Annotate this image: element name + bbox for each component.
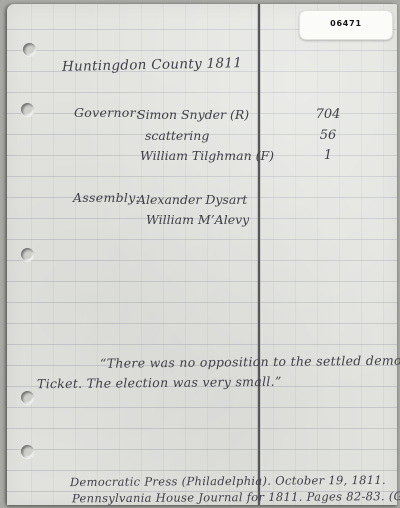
quote-line-1: “There was no opposition to the settled … — [100, 352, 400, 371]
punch-hole — [21, 445, 34, 458]
candidate-name: scattering — [145, 126, 274, 147]
punch-hole — [21, 103, 34, 116]
punch-hole — [23, 43, 36, 56]
catalog-sticker: 06471 — [299, 10, 393, 40]
scan-background: 06471 Huntingdon County 1811 Governor: S… — [0, 0, 400, 508]
governor-candidates: Simon Snyder (R) scattering William Tilg… — [137, 105, 274, 167]
assembly-members: Alexander Dysart William M’Alevy — [137, 190, 249, 229]
vote-count: 1 — [308, 146, 348, 167]
citation-source-2: Pennsylvania House Journal for 1811. Pag… — [72, 489, 400, 506]
governor-vote-counts: 704 56 1 — [308, 105, 348, 167]
vote-count: 704 — [308, 105, 348, 126]
candidate-name: Simon Snyder (R) — [137, 105, 274, 126]
member-name: William M’Alevy — [146, 210, 249, 230]
citation-source-1: Democratic Press (Philadelphia). October… — [70, 473, 386, 489]
candidate-name: William Tilghman (F) — [140, 146, 274, 167]
governor-label: Governor: — [74, 105, 140, 120]
vote-count: 56 — [308, 126, 348, 147]
punch-hole — [21, 391, 34, 404]
notebook-page: 06471 Huntingdon County 1811 Governor: S… — [7, 4, 397, 505]
page-title: Huntingdon County 1811 — [62, 55, 242, 75]
quote-line-2: Ticket. The election was very small.” — [37, 374, 282, 392]
member-name: Alexander Dysart — [137, 190, 249, 210]
page-crease-line — [258, 4, 260, 505]
punch-hole — [21, 248, 34, 261]
assembly-label: Assembly: — [73, 190, 140, 205]
catalog-number: 06471 — [330, 19, 362, 28]
